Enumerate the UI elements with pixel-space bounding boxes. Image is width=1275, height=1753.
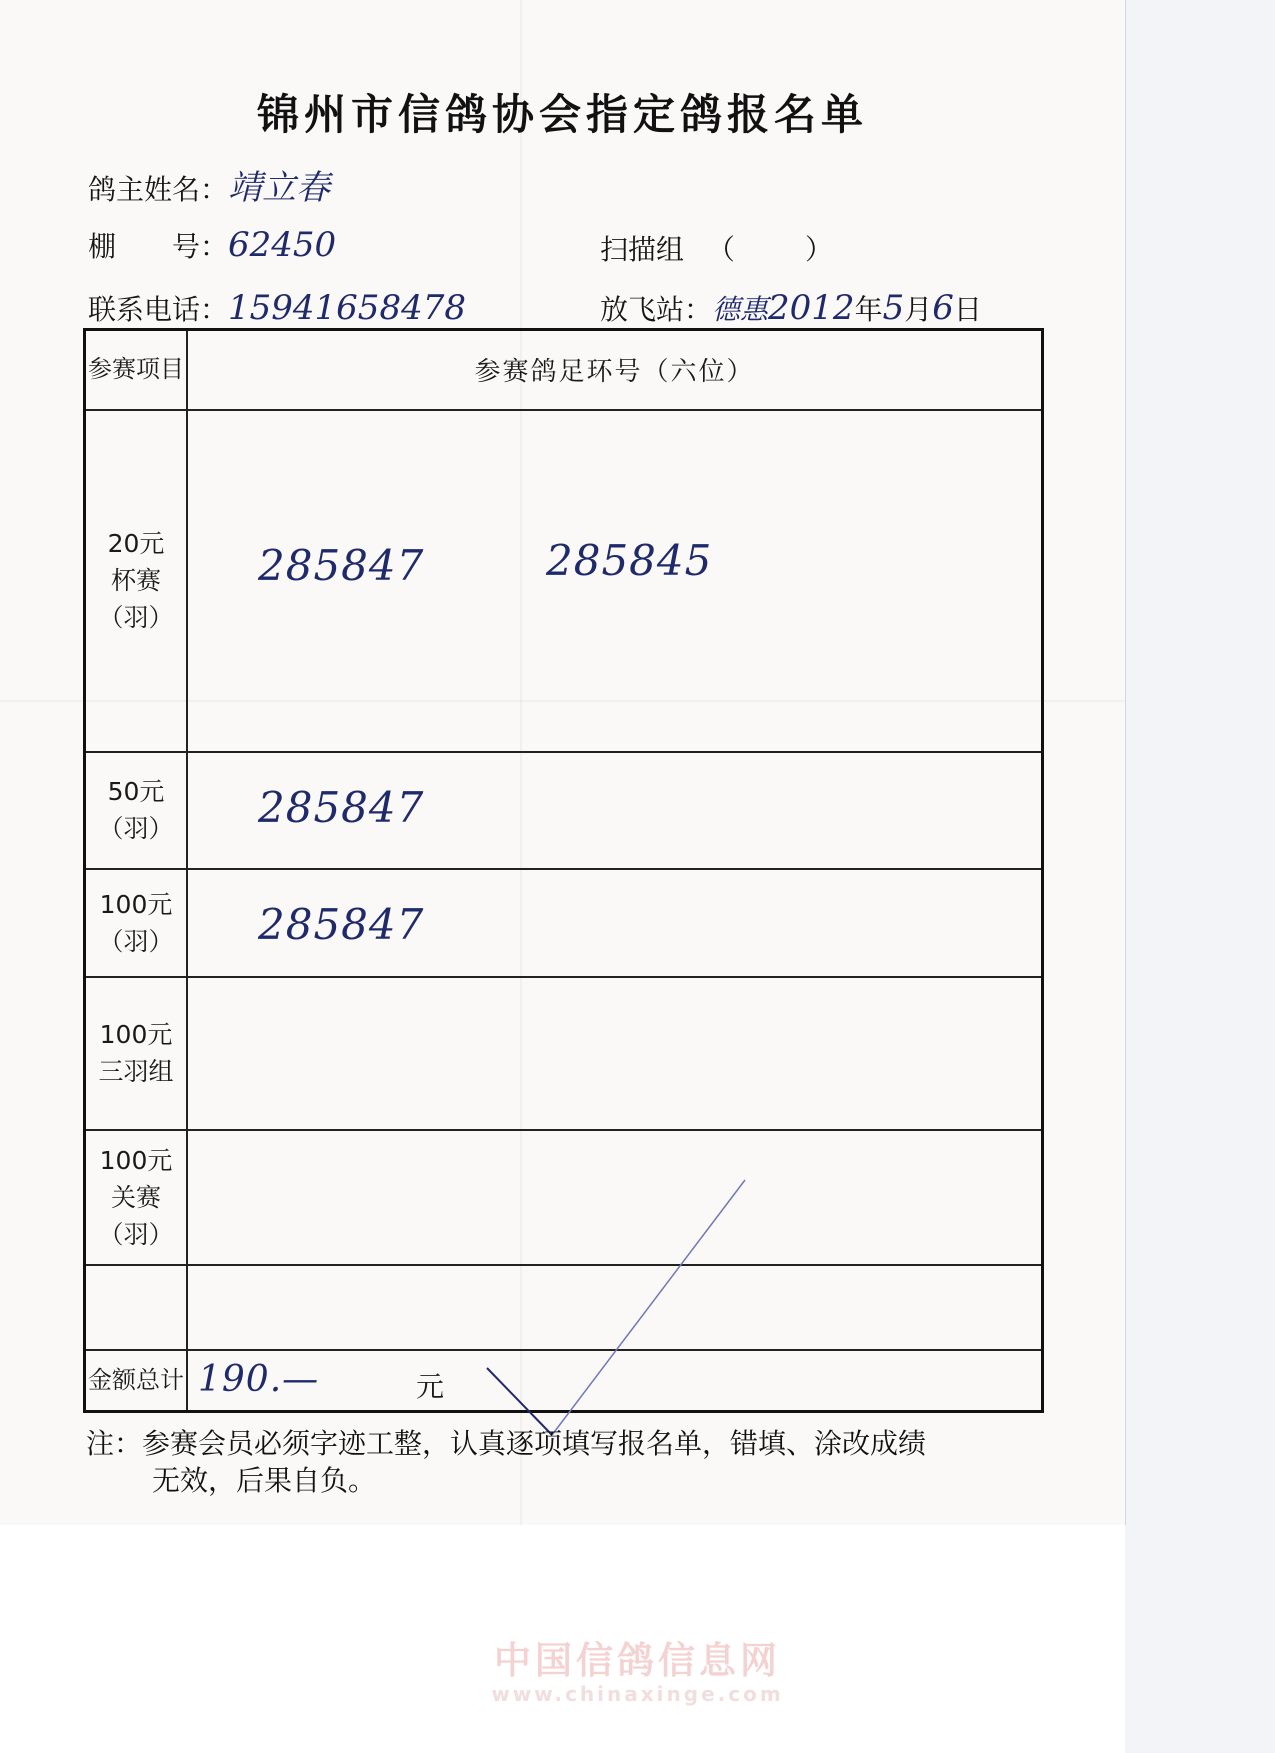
pen-check-mark xyxy=(0,0,1125,1525)
registration-form-paper: 锦州市信鸽协会指定鸽报名单 鸽主姓名：靖立春 棚 号：62450 扫描组 （） … xyxy=(0,0,1126,1525)
watermark-url: www.chinaxinge.com xyxy=(0,1682,1275,1706)
watermark-chinese: 中国信鸽信息网 xyxy=(0,1630,1275,1684)
scanner-background xyxy=(1125,0,1275,1753)
form-note: 注：参赛会员必须字迹工整，认真逐项填写报名单，错填、涂改成绩 无效，后果自负。 xyxy=(86,1425,926,1499)
